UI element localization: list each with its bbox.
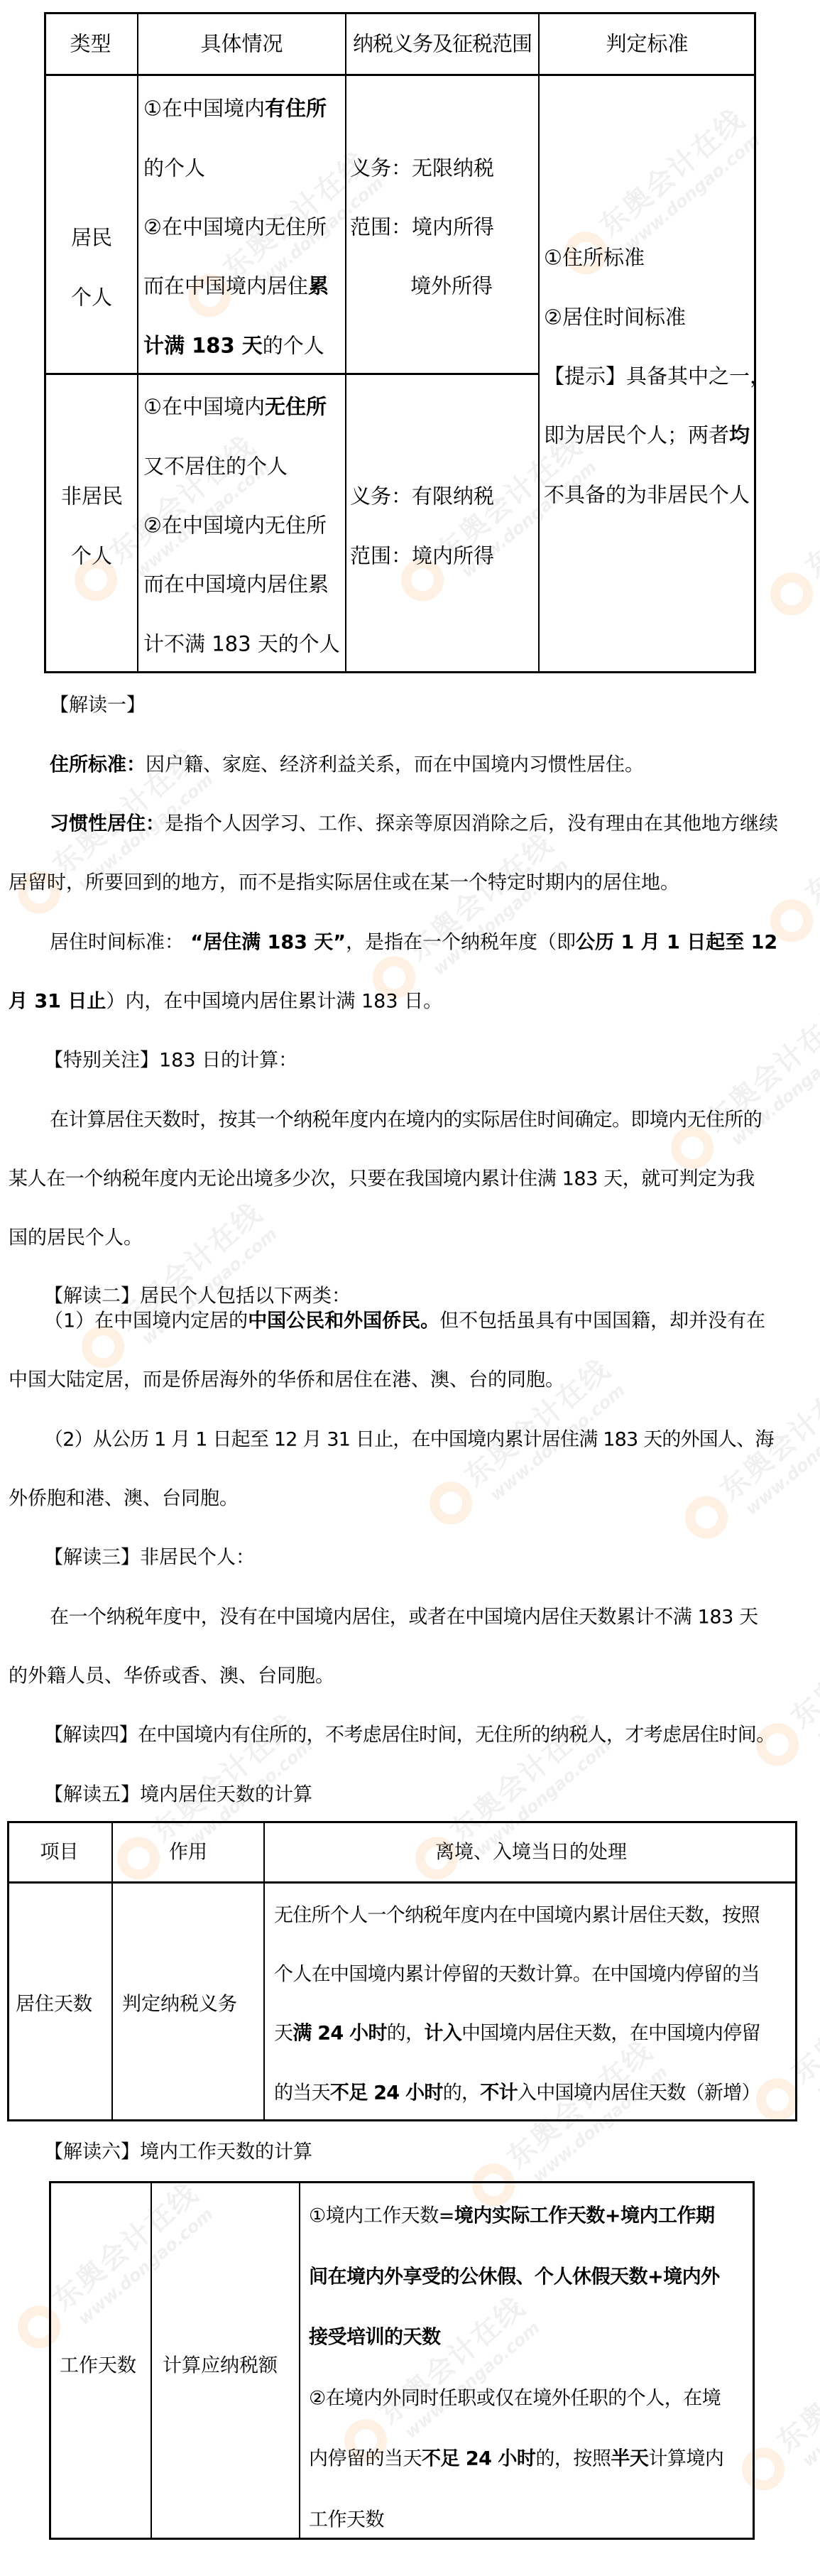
table1-header-duty: 纳税义务及征税范围	[346, 34, 538, 55]
resident-duty-line-2: 范围：境内所得	[350, 217, 494, 238]
table1-col-divider-3	[538, 12, 540, 673]
table2-handling-line-2: 个人在中国境内累计停留的天数计算。在中国境内停留的当	[274, 1965, 760, 1984]
nonresident-duty-line-2: 范围：境内所得	[350, 546, 494, 567]
bold-text: “居住满 183 天”	[184, 932, 346, 954]
table3-handling-line-5: 内停留的当天不足 24 小时的，按照半天计算境内	[309, 2450, 723, 2469]
bold-text: 公历 1 月 1 日起至 12	[576, 932, 777, 954]
jiedu2-item1-line-2: 中国大陆定居，而是侨居海外的华侨和居住在港、澳、台的同胞。	[9, 1371, 564, 1390]
bold-text: 月 31 日止	[9, 991, 106, 1013]
special-attention-line-1: 在计算居住天数时，按其一个纳税年度内在境内的实际居住时间确定。即境内无住所的	[50, 1111, 762, 1130]
jiedu3-line-1: 在一个纳税年度中，没有在中国境内居住，或者在中国境内居住天数累计不满 183 天	[50, 1608, 758, 1627]
text: 是指个人因学习、工作、探亲等原因消除之后，没有理由在其他地方继续	[165, 813, 778, 835]
table2-handling-line-3: 天满 24 小时的，计入中国境内居住天数，在中国境内停留	[274, 2024, 760, 2043]
text: ①住所标准	[544, 246, 645, 270]
watermark: 东奥会计在线www.dongao.com	[781, 1589, 820, 1751]
table3-handling-line-1: ①境内工作天数=境内实际工作天数+境内工作期	[309, 2207, 714, 2226]
table1-col-divider-1	[137, 12, 138, 673]
watermark-logo-icon	[677, 1487, 737, 1548]
table3-handling-line-4: ②在境内外同时任职或仅在境外任职的个人，在境	[309, 2389, 721, 2408]
text: 的个人	[263, 334, 324, 358]
watermark-url: www.dongao.com	[812, 1621, 820, 1746]
time-standard-line-1: 居住时间标准： “居住满 183 天”，是指在一个纳税年度（即公历 1 月 1 …	[50, 933, 777, 952]
text: ②在中国境内无住所	[143, 215, 327, 239]
watermark-logo-icon	[762, 564, 820, 624]
table2-header-item: 项目	[7, 1843, 111, 1862]
text: 的个人	[143, 156, 205, 180]
resident-situation-line-2: 的个人	[143, 158, 205, 179]
resident-situation-line-5: 计满 183 天的个人	[143, 336, 324, 357]
text: 内停留的当天	[309, 2448, 422, 2470]
bold-text: 不足 24 小时	[330, 2082, 443, 2104]
jiedu6-title: 【解读六】境内工作天数的计算	[44, 2143, 312, 2162]
table2-header-divider	[7, 1881, 797, 1884]
text: 计算境内	[648, 2448, 723, 2470]
resident-situation-line-4: 而在中国境内居住累	[143, 276, 329, 297]
text: 居住时间标准：	[50, 932, 184, 954]
resident-duty-line-3: 境外所得	[410, 276, 493, 297]
table2-col-divider-2	[263, 1821, 265, 2121]
resident-situation-line-3: ②在中国境内无住所	[143, 217, 327, 238]
text: ②在中国境内无住所	[143, 513, 327, 538]
bold-text: 半天	[611, 2448, 648, 2470]
table1-col-divider-2	[345, 12, 346, 673]
criteria-line-1: ①住所标准	[544, 248, 645, 268]
nonresident-situation-line-4: 而在中国境内居住累	[143, 575, 329, 595]
bold-text: 计入	[424, 2023, 461, 2045]
nonresident-situation-line-2: 又不居住的个人	[143, 457, 288, 477]
nonresident-type-line-2: 个人	[71, 546, 112, 567]
habitual-residence-line-2: 居留时，所要回到的地方，而不是指实际居住或在某一个特定时期内的居住地。	[9, 874, 679, 893]
watermark: 东奥会计在线www.dongao.com	[767, 2314, 820, 2475]
text: 的，按照	[535, 2448, 611, 2470]
text: 入中国境内居住天数（新增）	[518, 2082, 760, 2104]
watermark-logo-icon	[421, 1473, 481, 1533]
bold-text: 均	[729, 423, 750, 447]
nonresident-type-line-1: 非居民	[61, 487, 123, 507]
table1-header-criteria: 判定标准	[540, 34, 755, 55]
bold-text: 无住所	[265, 395, 327, 419]
table3-col-divider-1	[151, 2181, 152, 2540]
jiedu2-item1-line-1: （1）在中国境内定居的中国公民和外国侨民。但不包括虽具有中国国籍，却并没有在	[44, 1312, 765, 1331]
special-attention-title: 【特别关注】183 日的计算：	[44, 1051, 297, 1070]
text: ，是指在一个纳税年度（即	[346, 932, 576, 954]
jiedu5-title: 【解读五】境内居住天数的计算	[44, 1786, 312, 1805]
text: （1）在中国境内定居的	[44, 1310, 248, 1332]
residence-standard: 住所标准：因户籍、家庭、经济利益关系，而在中国境内习惯性居住。	[50, 756, 644, 775]
jiedu1-title: 【解读一】	[50, 696, 146, 715]
watermark-brand: 东奥会计在线	[795, 439, 820, 585]
jiedu2-item2-line-1: （2）从公历 1 月 1 日起至 12 月 31 日止，在中国境内累计居住满 1…	[44, 1430, 774, 1450]
table3-item: 工作天数	[60, 2357, 136, 2376]
bold-text: 习惯性居住：	[50, 813, 165, 835]
table2-item: 居住天数	[16, 1995, 92, 2014]
bold-text: 境内实际工作天数+境内工作期	[454, 2205, 715, 2227]
nonresident-situation-line-5: 计不满 183 天的个人	[143, 634, 340, 655]
table2-header-handling: 离境、入境当日的处理	[265, 1843, 797, 1862]
watermark-brand: 东奥会计在线	[795, 766, 820, 912]
bold-text: 不足 24 小时	[422, 2448, 535, 2470]
table1-header-situation: 具体情况	[138, 34, 345, 55]
text: ②居住时间标准	[544, 305, 686, 330]
text: 个人在中国境内累计停留的天数计算。在中国境内停留的当	[274, 1964, 760, 1986]
watermark: 东奥会计在线www.dongao.com	[398, 822, 574, 984]
table3-handling-line-3: 接受培训的天数	[309, 2328, 441, 2347]
text: ①在中国境内	[143, 395, 265, 419]
watermark: 东奥会计在线www.dongao.com	[795, 439, 820, 600]
nonresident-situation-line-1: ①在中国境内无住所	[143, 397, 327, 418]
bold-text: 有住所	[265, 97, 327, 121]
table3-purpose: 计算应纳税额	[163, 2357, 278, 2376]
text: 即为居民个人；两者	[544, 423, 729, 447]
table2-handling-line-1: 无住所个人一个纳税年度内在中国境内累计居住天数，按照	[274, 1906, 760, 1925]
watermark-url: www.dongao.com	[812, 1976, 820, 2102]
nonresident-duty-line-1: 义务：有限纳税	[350, 487, 494, 507]
text: ②在境内外同时任职或仅在境外任职的个人，在境	[309, 2388, 721, 2410]
table2-purpose: 判定纳税义务	[122, 1995, 237, 2014]
text: 但不包括虽具有中国国籍，却并没有在	[439, 1310, 765, 1332]
bold-text: 不计	[480, 2082, 518, 2104]
bold-text: 接受培训的天数	[309, 2327, 441, 2349]
watermark: 东奥会计在线www.dongao.com	[795, 766, 820, 927]
criteria-line-3: 【提示】具备其中之一，	[544, 366, 770, 387]
criteria-line-4: 即为居民个人；两者均	[544, 425, 750, 446]
jiedu3-line-2: 的外籍人员、华侨或香、澳、台同胞。	[9, 1667, 334, 1686]
text: 因户籍、家庭、经济利益关系，而在中国境内习惯性居住。	[146, 754, 644, 776]
text: 而在中国境内居住累	[143, 572, 329, 597]
text: ①在中国境内	[143, 97, 265, 121]
text: 无住所个人一个纳税年度内在中国境内累计居住天数，按照	[274, 1905, 760, 1927]
bold-text: 满 24 小时	[293, 2023, 386, 2045]
table3-col-divider-2	[299, 2181, 300, 2540]
bold-text: 住所标准：	[50, 754, 146, 776]
habitual-residence-line-1: 习惯性居住：是指个人因学习、工作、探亲等原因消除之后，没有理由在其他地方继续	[50, 815, 778, 834]
bold-text: 中国公民和外国侨民。	[248, 1310, 439, 1332]
text: 中国境内居住天数，在中国境内停留	[461, 2023, 760, 2045]
text: 计不满 183 天的个人	[143, 632, 340, 656]
table1-row-divider	[44, 373, 539, 375]
text: 的当天	[274, 2082, 330, 2104]
jiedu3-title: 【解读三】非居民个人：	[44, 1548, 255, 1567]
bold-text: 累	[308, 274, 329, 298]
table1-header-type: 类型	[44, 34, 137, 55]
resident-situation-line-1: ①在中国境内有住所	[143, 99, 327, 119]
text: 天	[274, 2023, 293, 2045]
resident-duty-line-1: 义务：无限纳税	[350, 158, 494, 179]
bold-text: 计满 183 天	[143, 334, 263, 358]
text: 而在中国境内居住	[143, 274, 308, 298]
text: 的，	[443, 2082, 481, 2104]
text: 又不居住的个人	[143, 455, 288, 479]
criteria-line-2: ②居住时间标准	[544, 308, 686, 328]
criteria-line-5: 不具备的为非居民个人	[544, 485, 750, 506]
resident-type-line-1: 居民	[71, 228, 112, 249]
text: 工作天数	[309, 2509, 384, 2531]
table3-handling-line-6: 工作天数	[309, 2511, 384, 2530]
time-standard-line-2: 月 31 日止）内，在中国境内居住累计满 183 日。	[9, 992, 442, 1011]
table2-header-purpose: 作用	[113, 1843, 263, 1862]
text: 不具备的为非居民个人	[544, 483, 750, 507]
bold-text: 间在境内外享受的公休假、个人休假天数+境内外	[309, 2266, 720, 2288]
work-days-table	[49, 2181, 755, 2540]
table1-header-divider	[44, 74, 756, 76]
text: 【提示】具备其中之一，	[544, 364, 770, 388]
special-attention-line-3: 国的居民个人。	[9, 1229, 143, 1248]
special-attention-line-2: 某人在一个纳税年度内无论出境多少次，只要在我国境内累计住满 183 天，就可判定…	[9, 1170, 755, 1189]
watermark-brand: 东奥会计在线	[767, 2314, 820, 2460]
text: ）内，在中国境内居住累计满 183 日。	[106, 991, 442, 1013]
table2-handling-line-4: 的当天不足 24 小时的，不计入中国境内居住天数（新增）	[274, 2084, 760, 2103]
text: ①境内工作天数=	[309, 2205, 454, 2227]
jiedu2-item2-line-2: 外侨胞和港、澳、台同胞。	[9, 1489, 239, 1509]
jiedu2-title: 【解读二】居民个人包括以下两类：	[44, 1287, 351, 1306]
table2-col-divider-1	[111, 1821, 113, 2121]
watermark-url: www.dongao.com	[798, 2345, 820, 2471]
text: 的，	[387, 2023, 425, 2045]
jiedu4: 【解读四】在中国境内有住所的，不考虑居住时间，无住所的纳税人，才考虑居住时间。	[44, 1726, 775, 1745]
watermark-brand: 东奥会计在线	[781, 1589, 820, 1736]
resident-type-line-2: 个人	[71, 288, 112, 308]
nonresident-situation-line-3: ②在中国境内无住所	[143, 516, 327, 536]
watermark-url: www.dongao.com	[741, 1393, 820, 1519]
table3-handling-line-2: 间在境内外享受的公休假、个人休假天数+境内外	[309, 2268, 720, 2287]
